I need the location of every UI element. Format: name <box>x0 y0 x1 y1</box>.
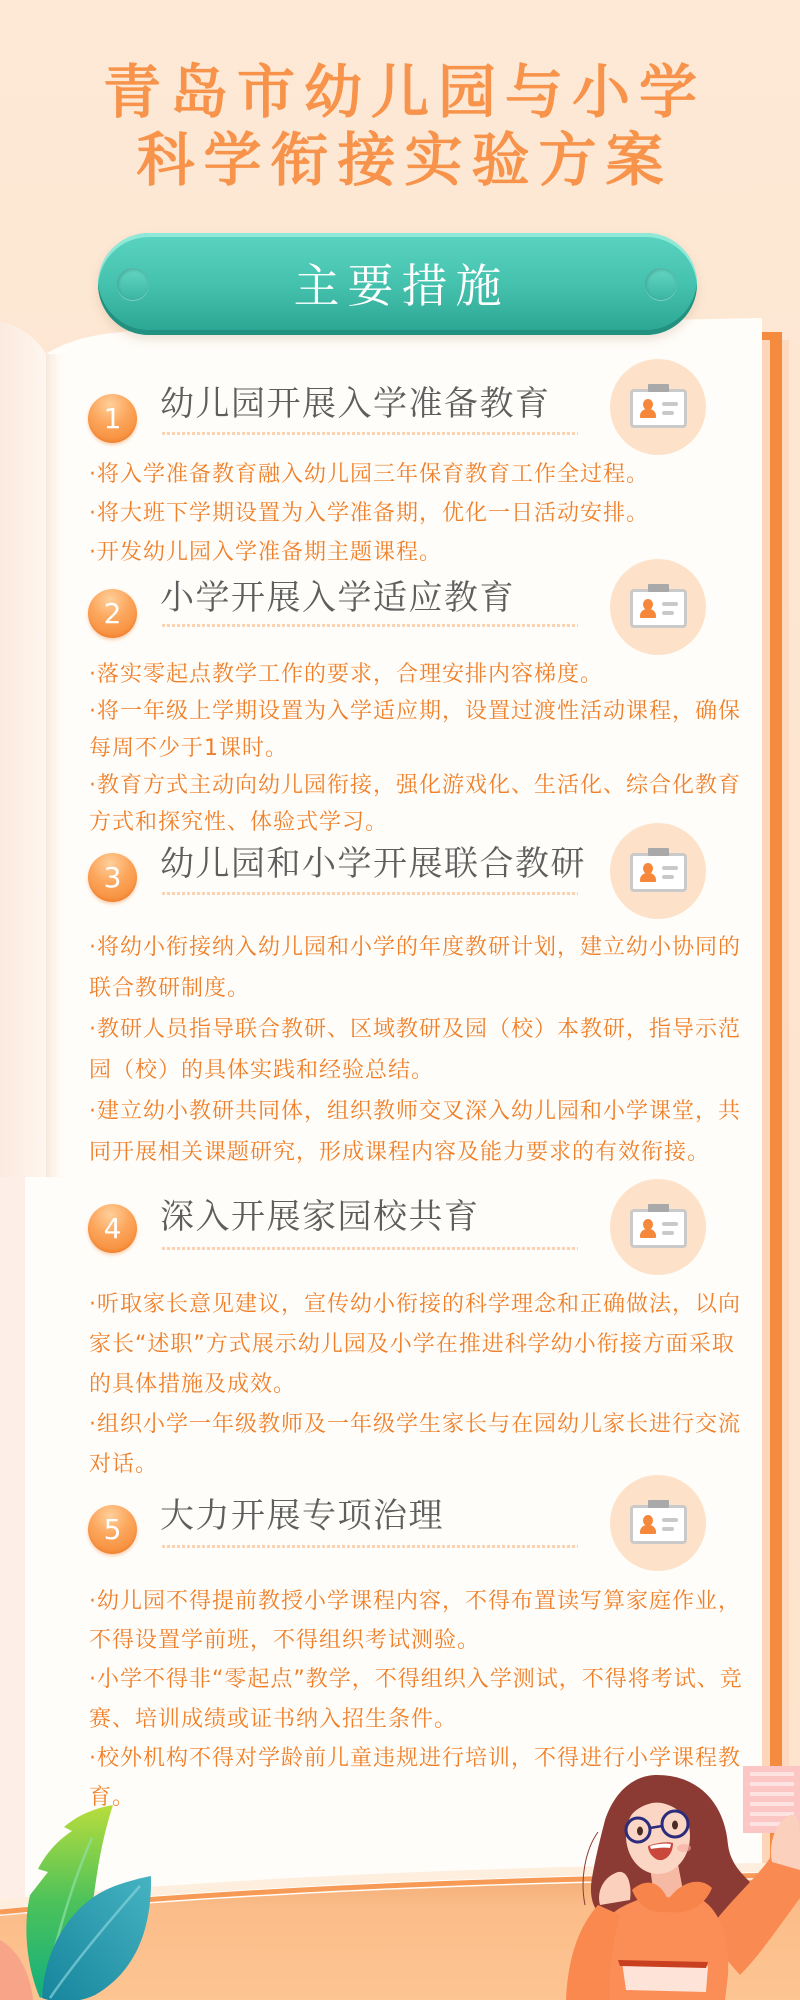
step-number-badge: 1 <box>88 394 137 443</box>
card-frame <box>630 1505 687 1544</box>
step-number: 1 <box>104 402 122 435</box>
id-card-icon <box>610 1475 706 1571</box>
card-line <box>662 875 674 879</box>
person-body <box>640 609 656 618</box>
card-clip <box>648 848 669 856</box>
step-number-badge: 2 <box>88 589 137 638</box>
step-number: 2 <box>104 597 122 630</box>
card-line <box>662 1527 674 1531</box>
step-number-badge: 5 <box>88 1505 137 1554</box>
card-clip <box>648 584 669 592</box>
bullet-item: ·将一年级上学期设置为入学适应期，设置过渡性活动课程，确保每周不少于1课时。 <box>89 693 749 767</box>
bullet-item: ·校外机构不得对学龄前儿童违规进行培训，不得进行小学课程教育。 <box>89 1739 749 1817</box>
bullet-item: ·教研人员指导联合教研、区域教研及园（校）本教研，指导示范园（校）的具体实践和经… <box>89 1009 749 1091</box>
card-clip <box>648 1500 669 1508</box>
dotted-divider <box>162 1247 578 1250</box>
step-number-badge: 3 <box>88 853 137 902</box>
card-line <box>662 1231 674 1235</box>
card-line <box>662 402 678 406</box>
section-banner: 主要措施 <box>98 233 697 335</box>
person-body <box>640 873 656 882</box>
bullet-item: ·组织小学一年级教师及一年级学生家长与在园幼儿家长进行交流对话。 <box>89 1405 749 1485</box>
bullet-item: ·听取家长意见建议，宣传幼小衔接的科学理念和正确做法，以向家长“述职”方式展示幼… <box>89 1285 749 1405</box>
id-card-icon <box>610 359 706 455</box>
card-line <box>662 602 678 606</box>
card-frame <box>630 389 687 428</box>
card-frame <box>630 1209 687 1248</box>
card-clip <box>648 1204 669 1212</box>
measure-heading: 小学开展入学适应教育 <box>160 578 515 618</box>
bullet-list: ·听取家长意见建议，宣传幼小衔接的科学理念和正确做法，以向家长“述职”方式展示幼… <box>89 1285 749 1485</box>
card-line <box>662 1222 678 1226</box>
person-body <box>640 1525 656 1534</box>
measure-heading: 大力开展专项治理 <box>160 1496 444 1536</box>
card-clip <box>648 384 669 392</box>
bullet-list: ·将入学准备教育融入幼儿园三年保育教育工作全过程。 ·将大班下学期设置为入学准备… <box>89 455 749 572</box>
banner-title: 主要措施 <box>98 235 697 337</box>
page-title-line-1: 青岛市幼儿园与小学 <box>0 58 800 126</box>
step-number: 4 <box>104 1212 122 1245</box>
measure-section-3: 3 幼儿园和小学开展联合教研 ·将幼小衔接纳入幼儿园和小学的年度教研计划，建立幼… <box>0 823 800 824</box>
bullet-list: ·将幼小衔接纳入幼儿园和小学的年度教研计划，建立幼小协同的联合教研制度。 ·教研… <box>89 927 749 1173</box>
bullet-item: ·建立幼小教研共同体，组织教师交叉深入幼儿园和小学课堂，共同开展相关课题研究，形… <box>89 1091 749 1173</box>
decor-dot-icon <box>645 268 677 300</box>
id-card-icon <box>610 559 706 655</box>
page-title-line-2: 科学衔接实验方案 <box>0 126 800 194</box>
card-frame <box>630 589 687 628</box>
card-frame <box>630 853 687 892</box>
measure-heading: 幼儿园开展入学准备教育 <box>160 384 551 424</box>
dotted-divider <box>162 892 578 895</box>
person-body <box>640 1229 656 1238</box>
person-body <box>640 409 656 418</box>
measure-section-4: 4 深入开展家园校共育 ·听取家长意见建议，宣传幼小衔接的科学理念和正确做法，以… <box>0 1179 800 1180</box>
measure-section-1: 1 幼儿园开展入学准备教育 ·将入学准备教育融入幼儿园三年保育教育工作全过程。 … <box>0 359 800 360</box>
card-line <box>662 1518 678 1522</box>
bullet-list: ·幼儿园不得提前教授小学课程内容，不得布置读写算家庭作业，不得设置学前班，不得组… <box>89 1582 749 1817</box>
step-number: 3 <box>104 861 122 894</box>
step-number: 5 <box>104 1513 122 1546</box>
dotted-divider <box>162 624 578 627</box>
id-card-icon <box>610 1179 706 1275</box>
bullet-item: ·将入学准备教育融入幼儿园三年保育教育工作全过程。 <box>89 455 749 494</box>
measure-heading: 深入开展家园校共育 <box>160 1197 480 1237</box>
bullet-item: ·将幼小衔接纳入幼儿园和小学的年度教研计划，建立幼小协同的联合教研制度。 <box>89 927 749 1009</box>
measure-section-5: 5 大力开展专项治理 ·幼儿园不得提前教授小学课程内容，不得布置读写算家庭作业，… <box>0 1475 800 1476</box>
card-line <box>662 411 674 415</box>
dotted-divider <box>162 1545 578 1548</box>
measure-heading: 幼儿园和小学开展联合教研 <box>160 844 586 884</box>
leaves-icon <box>0 1805 151 2000</box>
card-line <box>662 866 678 870</box>
bullet-item: ·小学不得非“零起点”教学，不得组织入学测试，不得将考试、竞赛、培训成绩或证书纳… <box>89 1660 749 1738</box>
bullet-item: ·将大班下学期设置为入学准备期，优化一日活动安排。 <box>89 494 749 533</box>
step-number-badge: 4 <box>88 1204 137 1253</box>
measure-section-2: 2 小学开展入学适应教育 ·落实零起点教学工作的要求，合理安排内容梯度。 ·将一… <box>0 559 800 560</box>
id-card-icon <box>610 823 706 919</box>
bullet-item: ·落实零起点教学工作的要求，合理安排内容梯度。 <box>89 656 749 693</box>
bullet-item: ·幼儿园不得提前教授小学课程内容，不得布置读写算家庭作业，不得设置学前班，不得组… <box>89 1582 749 1660</box>
dotted-divider <box>162 432 578 435</box>
card-line <box>662 611 674 615</box>
bullet-list: ·落实零起点教学工作的要求，合理安排内容梯度。 ·将一年级上学期设置为入学适应期… <box>89 656 749 841</box>
